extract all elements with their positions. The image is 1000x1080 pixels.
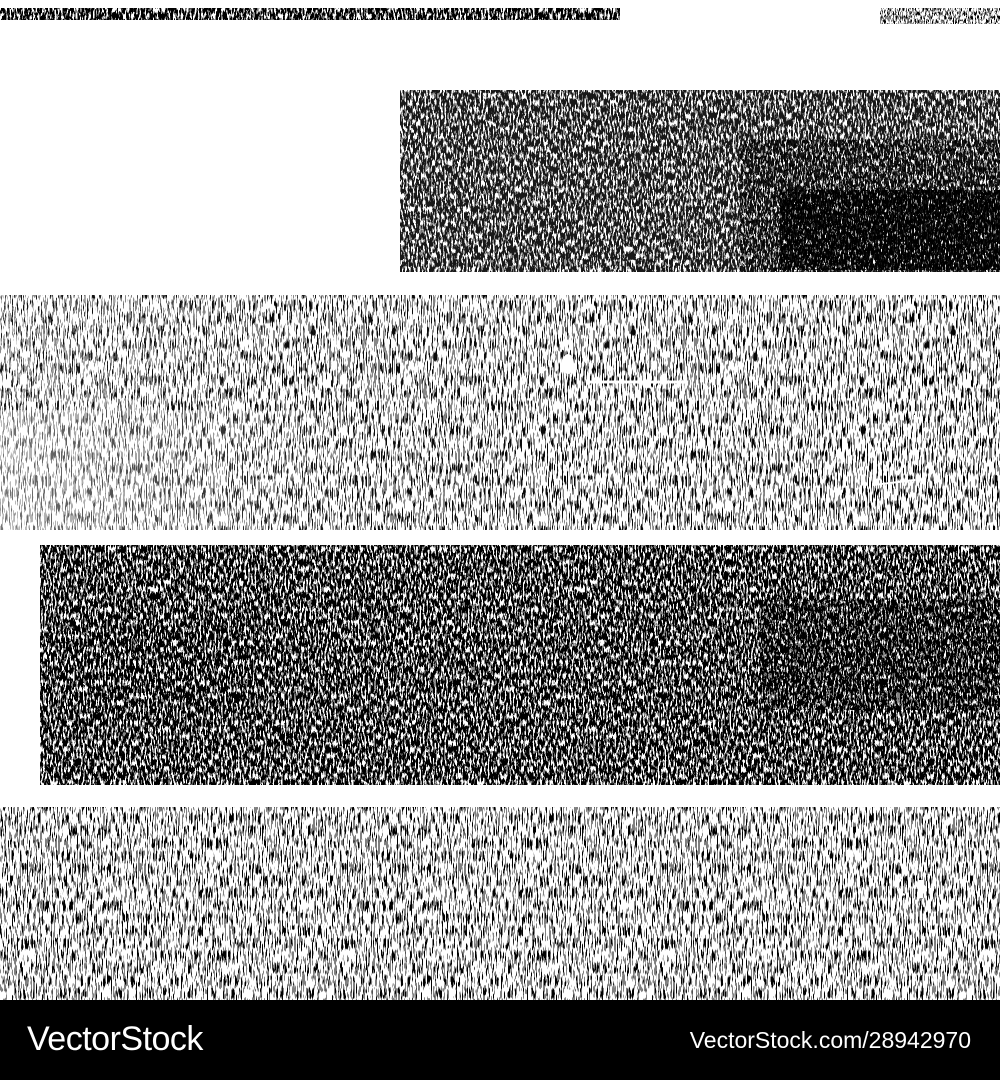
- brand-logo-text: VectorStock: [27, 1020, 203, 1059]
- top-plank: [0, 0, 1000, 272]
- second-plank: [0, 275, 1000, 530]
- grunge-texture-artwork: [0, 0, 1000, 1000]
- texture-svg: [0, 0, 1000, 1000]
- watermark-footer: VectorStock VectorStock.com/28942970: [0, 1000, 1000, 1080]
- bottom-plank: [0, 785, 1000, 1000]
- image-id-link[interactable]: VectorStock.com/28942970: [690, 1027, 971, 1054]
- third-plank: [0, 530, 1000, 785]
